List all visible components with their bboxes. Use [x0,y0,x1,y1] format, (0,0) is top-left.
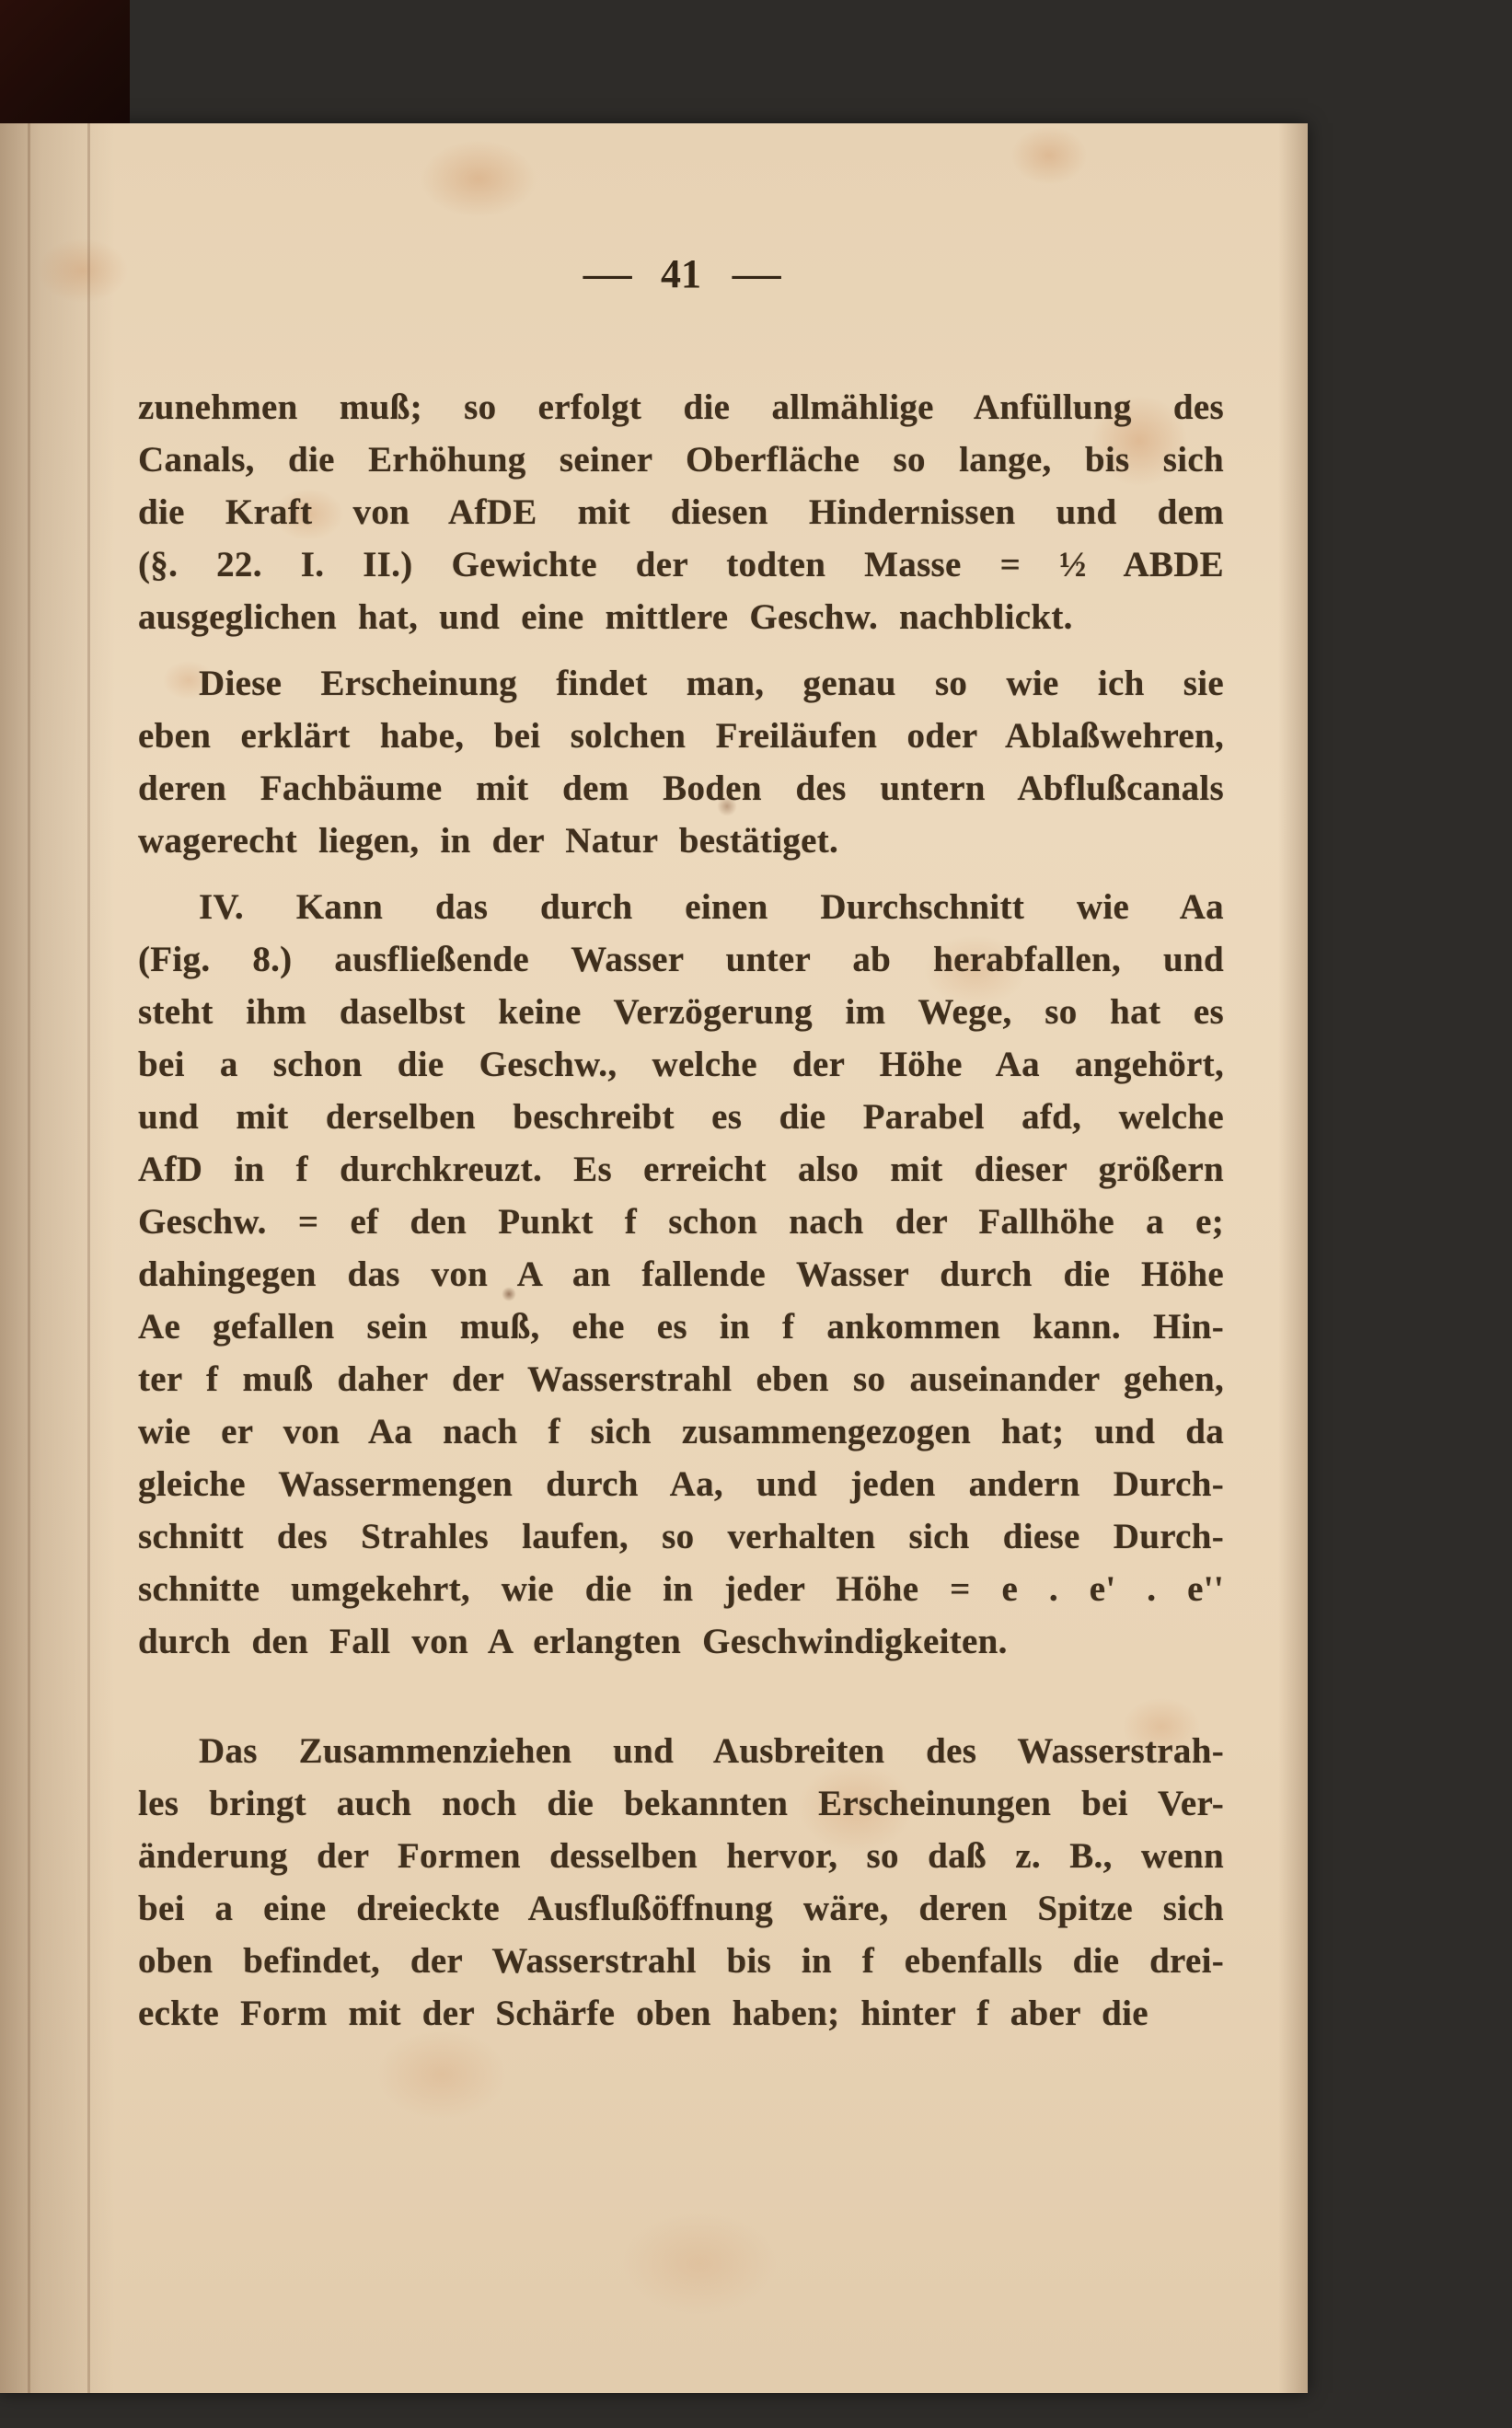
page-crease [28,123,30,2393]
text-line: eben erklärt habe, bei solchen Freiläufe… [138,710,1224,762]
text-line: (§. 22. I. II.) Gewichte der todten Mass… [138,538,1224,591]
paragraph: Das Zusammenziehen und Ausbreiten des Wa… [138,1725,1224,2040]
text-line: oben befindet, der Wasserstrahl bis in f… [138,1935,1224,1987]
text-line: steht ihm daselbst keine Verzögerung im … [138,986,1224,1038]
text-line: schnitte umgekehrt, wie die in jeder Höh… [138,1563,1224,1615]
text-line: Diese Erscheinung findet man, genau so w… [138,657,1224,710]
page-header: — 41 — [138,249,1224,298]
text-line: Das Zusammenziehen und Ausbreiten des Wa… [138,1725,1224,1777]
text-line: zunehmen muß; so erfolgt die allmählige … [138,381,1224,434]
text-line: les bringt auch noch die bekannten Ersch… [138,1777,1224,1830]
header-dash-left: — [583,250,629,297]
text-line: bei a schon die Geschw., welche der Höhe… [138,1038,1224,1091]
text-line: die Kraft von AfDE mit diesen Hinderniss… [138,486,1224,538]
text-line: (Fig. 8.) ausfließende Wasser unter ab h… [138,933,1224,986]
paragraph: Diese Erscheinung findet man, genau so w… [138,657,1224,867]
book-page: — 41 — zunehmen muß; so erfolgt die allm… [0,123,1308,2393]
text-line: bei a eine dreieckte Ausflußöffnung wäre… [138,1882,1224,1935]
text-line: wie er von Aa nach f sich zusammengezoge… [138,1405,1224,1458]
text-line: Geschw. = ef den Punkt f schon nach der … [138,1196,1224,1248]
binding-corner [0,0,130,123]
text-line: Ae gefallen sein muß, ehe es in f ankomm… [138,1301,1224,1353]
text-line: ter f muß daher der Wasserstrahl eben so… [138,1353,1224,1405]
text-line: änderung der Formen desselben hervor, so… [138,1830,1224,1882]
paragraph: IV. Kann das durch einen Durchschnitt wi… [138,881,1224,1668]
text-line: Canals, die Erhöhung seiner Oberfläche s… [138,434,1224,486]
text-line: IV. Kann das durch einen Durchschnitt wi… [138,881,1224,933]
text-line: schnitt des Strahles laufen, so verhalte… [138,1510,1224,1563]
text-line: und mit derselben beschreibt es die Para… [138,1091,1224,1143]
page-number: 41 [661,250,701,297]
text-line: eckte Form mit der Schärfe oben haben; h… [138,1987,1224,2040]
page-crease [87,123,90,2393]
text-line: dahingegen das von A an fallende Wasser … [138,1248,1224,1301]
screenshot-root: { "page": { "header": { "dash_left": "—"… [0,0,1512,2428]
text-line: AfD in f durchkreuzt. Es erreicht also m… [138,1143,1224,1196]
header-dash-right: — [733,250,779,297]
text-line: gleiche Wassermengen durch Aa, und jeden… [138,1458,1224,1510]
paragraph: zunehmen muß; so erfolgt die allmählige … [138,381,1224,643]
text-line: durch den Fall von A erlangten Geschwind… [138,1615,1224,1668]
text-line: wagerecht liegen, in der Natur bestätige… [138,815,1224,867]
text-block: — 41 — zunehmen muß; so erfolgt die allm… [138,249,1224,2040]
text-line: deren Fachbäume mit dem Boden des untern… [138,762,1224,815]
text-line: ausgeglichen hat, und eine mittlere Gesc… [138,591,1224,643]
